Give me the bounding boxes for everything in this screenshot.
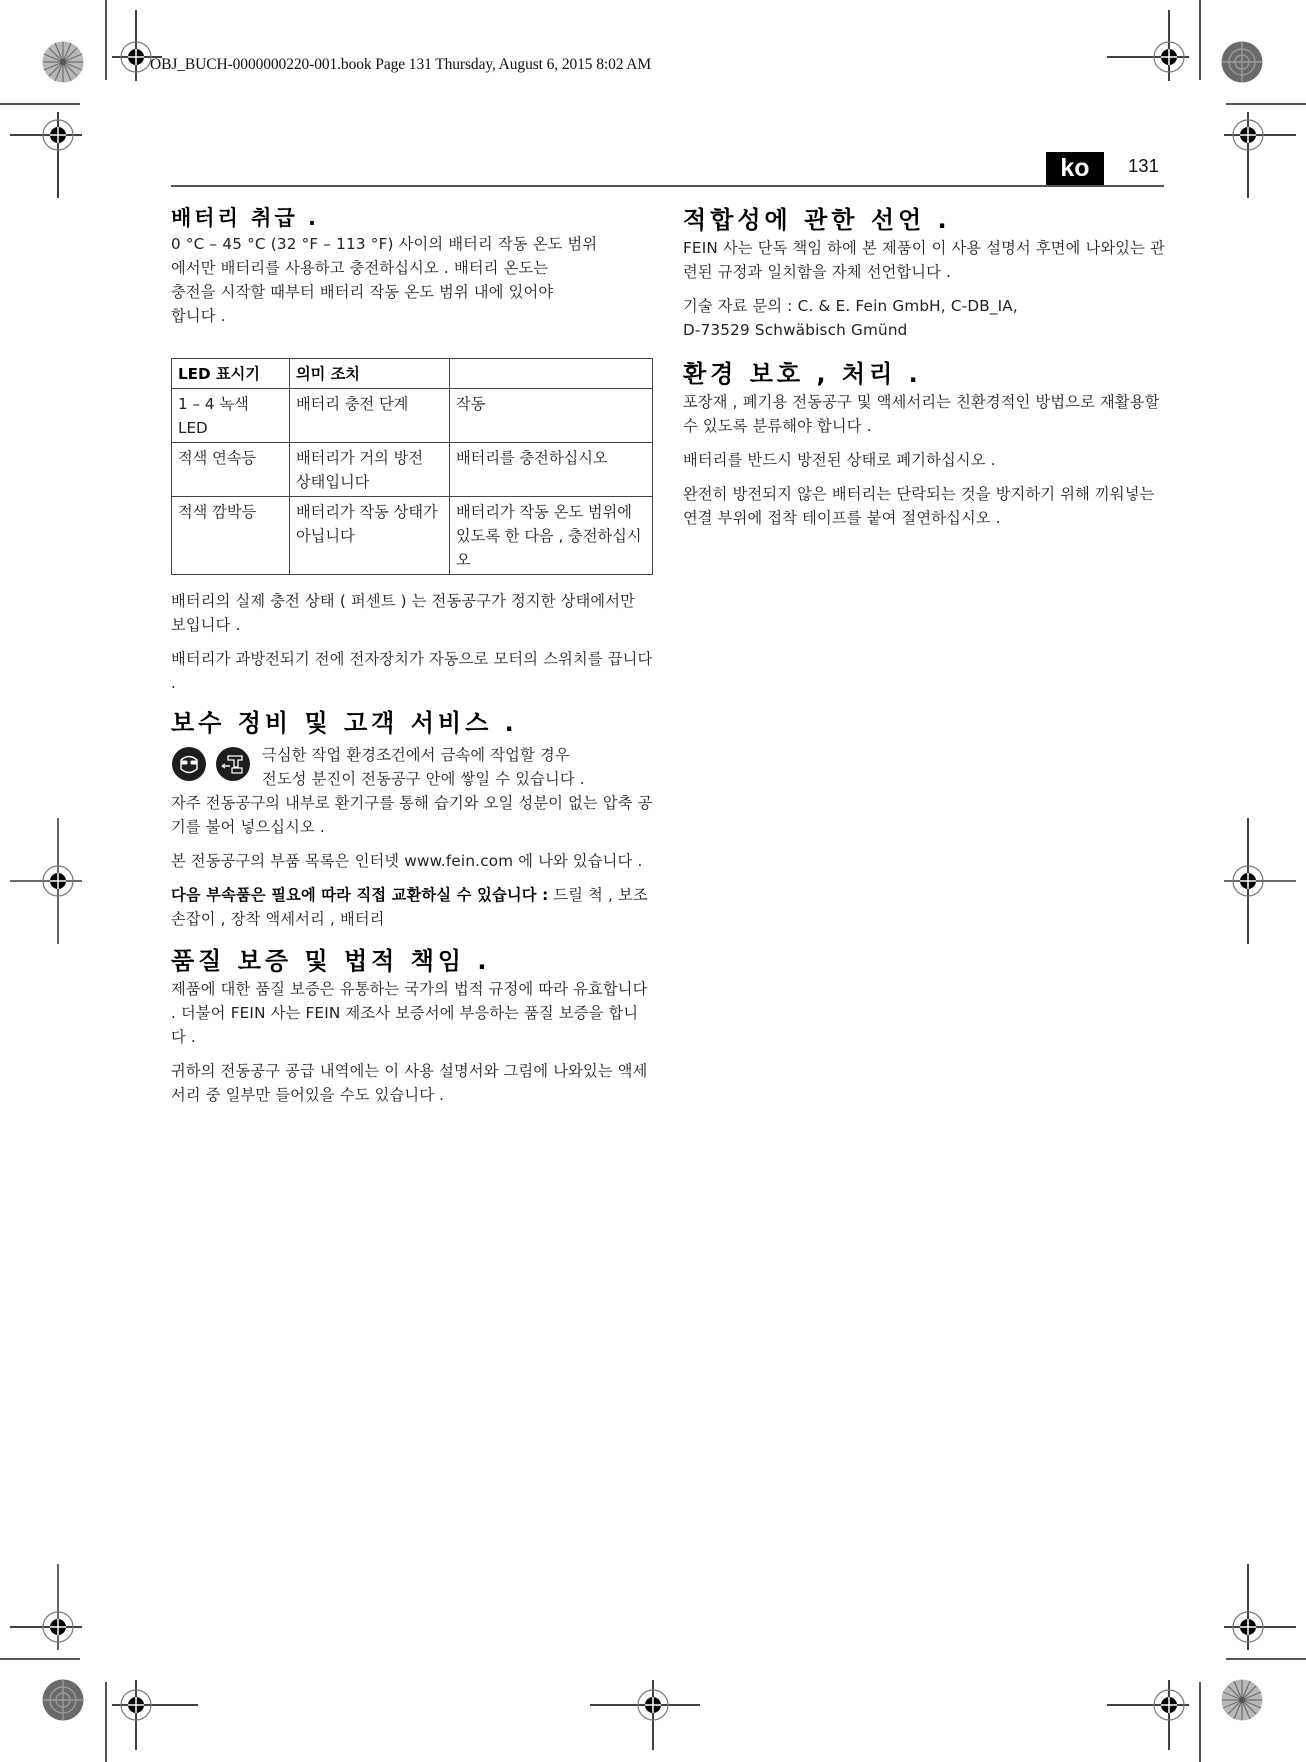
running-header: OBJ_BUCH-0000000220-001.book Page 131 Th… bbox=[150, 56, 651, 74]
dust-extraction-tool-icon bbox=[216, 747, 250, 781]
left-column: 배터리 취급 . 0 °C – 45 °C (32 °F – 113 °F) 사… bbox=[171, 204, 653, 1117]
cell-meaning: 배터리가 작동 상태가 아닙니다 bbox=[290, 497, 450, 575]
text-line: 극심한 작업 환경조건에서 금속에 작업할 경우 bbox=[262, 746, 570, 764]
maintenance-section: 보수 정비 및 고객 서비스 . 극심한 작업 환경조건에서 금속에 작업할 경… bbox=[171, 707, 653, 931]
warranty-section: 품질 보증 및 법적 책임 . 제품에 대한 품질 보증은 유통하는 국가의 법… bbox=[171, 945, 653, 1107]
column-header-action bbox=[450, 359, 653, 389]
text-line: 충전을 시작할 때부터 배터리 작동 온도 범위 내에 있어야 bbox=[171, 283, 553, 301]
crop-mark-line bbox=[105, 0, 107, 80]
table-row: 적색 연속등 배터리가 거의 방전 상태입니다 배터리를 충전하십시오 bbox=[172, 443, 653, 497]
battery-handling-section: 배터리 취급 . 0 °C – 45 °C (32 °F – 113 °F) 사… bbox=[171, 204, 653, 328]
battery-handling-text: 0 °C – 45 °C (32 °F – 113 °F) 사이의 배터리 작동… bbox=[171, 232, 653, 328]
registration-target-icon bbox=[112, 1680, 198, 1752]
registration-target-icon bbox=[10, 1564, 82, 1650]
sunburst-mark-icon bbox=[1221, 1679, 1263, 1721]
header-rule bbox=[171, 185, 1164, 187]
cell-meaning: 배터리 충전 단계 bbox=[290, 389, 450, 443]
text-line: 0 °C – 45 °C (32 °F – 113 °F) 사이의 배터리 작동… bbox=[171, 235, 597, 253]
crop-mark-line bbox=[1226, 1658, 1306, 1660]
sunburst-mark-icon bbox=[42, 1679, 84, 1721]
sunburst-mark-icon bbox=[42, 41, 84, 83]
crop-mark-line bbox=[1199, 1682, 1201, 1762]
crop-mark-line bbox=[0, 103, 80, 105]
registration-target-icon bbox=[10, 818, 82, 946]
section-heading: 보수 정비 및 고객 서비스 . bbox=[171, 707, 653, 739]
table-row: 1 – 4 녹색 LED 배터리 충전 단계 작동 bbox=[172, 389, 653, 443]
cell-indicator: 적색 깜박등 bbox=[172, 497, 290, 575]
registration-target-icon bbox=[1224, 1564, 1296, 1650]
sunburst-mark-icon bbox=[1221, 41, 1263, 83]
cell-action: 배터리를 충전하십시오 bbox=[450, 443, 653, 497]
registration-target-icon bbox=[10, 112, 82, 200]
text-line: 에서만 배터리를 사용하고 충전하십시오 . 배터리 온도는 bbox=[171, 259, 548, 277]
cell-action: 작동 bbox=[450, 389, 653, 443]
environment-section: 환경 보호 , 처리 . 포장재 , 폐기용 전동공구 및 액세서리는 친환경적… bbox=[683, 358, 1165, 530]
cell-indicator: 적색 연속등 bbox=[172, 443, 290, 497]
eye-protection-icon bbox=[172, 747, 206, 781]
page-number: 131 bbox=[1128, 155, 1159, 177]
registration-target-icon bbox=[1224, 818, 1296, 946]
text-line: D-73529 Schwäbisch Gmünd bbox=[683, 321, 908, 339]
parts-list-note: 본 전동공구의 부품 목록은 인터넷 www.fein.com 에 나와 있습니… bbox=[171, 849, 653, 873]
led-indicator-table: LED 표시기 의미 조치 1 – 4 녹색 LED 배터리 충전 단계 작동 … bbox=[171, 358, 653, 575]
section-heading: 환경 보호 , 처리 . bbox=[683, 358, 1165, 390]
warranty-text: 제품에 대한 품질 보증은 유통하는 국가의 법적 규정에 따라 유효합니다 .… bbox=[171, 977, 653, 1049]
replaceable-parts: 다음 부속품은 필요에 따라 직접 교환하실 수 있습니다 : 드릴 척 , 보… bbox=[171, 883, 653, 931]
registration-target-icon bbox=[1107, 10, 1189, 82]
text-line: 합니다 . bbox=[171, 307, 226, 325]
cell-indicator: 1 – 4 녹색 LED bbox=[172, 389, 290, 443]
registration-target-icon bbox=[590, 1680, 700, 1752]
conformity-section: 적합성에 관한 선언 . FEIN 사는 단독 책임 하에 본 제품이 이 사용… bbox=[683, 204, 1165, 342]
battery-insulation-text: 완전히 방전되지 않은 배터리는 단락되는 것을 방지하기 위해 끼워넣는 연결… bbox=[683, 482, 1165, 530]
section-heading: 품질 보증 및 법적 책임 . bbox=[171, 945, 653, 977]
registration-target-icon bbox=[1224, 112, 1296, 200]
replaceable-parts-lead: 다음 부속품은 필요에 따라 직접 교환하실 수 있습니다 : bbox=[171, 886, 548, 904]
crop-mark-line bbox=[0, 1658, 80, 1660]
registration-target-icon bbox=[1107, 1680, 1189, 1752]
delivery-scope-note: 귀하의 전동공구 공급 내역에는 이 사용 설명서와 그림에 나와있는 액세서리… bbox=[171, 1059, 653, 1107]
table-header-row: LED 표시기 의미 조치 bbox=[172, 359, 653, 389]
section-heading: 배터리 취급 . bbox=[171, 204, 653, 232]
recycling-text: 포장재 , 폐기용 전동공구 및 액세서리는 친환경적인 방법으로 재활용할 수… bbox=[683, 390, 1165, 438]
language-tab: ko bbox=[1046, 152, 1104, 186]
battery-disposal-text: 배터리를 반드시 방전된 상태로 폐기하십시오 . bbox=[683, 448, 1165, 472]
maintenance-instructions: 자주 전동공구의 내부로 환기구를 통해 습기와 오일 성분이 없는 압축 공기… bbox=[171, 791, 653, 839]
charge-state-note: 배터리의 실제 충전 상태 ( 퍼센트 ) 는 전동공구가 정지한 상태에서만 … bbox=[171, 589, 653, 637]
crop-mark-line bbox=[105, 1682, 107, 1762]
maintenance-warning: 극심한 작업 환경조건에서 금속에 작업할 경우 전도성 분진이 전동공구 안에… bbox=[171, 743, 653, 791]
crop-mark-line bbox=[1199, 0, 1201, 80]
section-heading: 적합성에 관한 선언 . bbox=[683, 204, 1165, 236]
text-line: 전도성 분진이 전동공구 안에 쌓일 수 있습니다 . bbox=[262, 770, 585, 788]
text-line: 기술 자료 문의 : C. & E. Fein GmbH, C-DB_IA, bbox=[683, 297, 1018, 315]
crop-mark-line bbox=[1226, 103, 1306, 105]
technical-docs-contact: 기술 자료 문의 : C. & E. Fein GmbH, C-DB_IA, D… bbox=[683, 294, 1165, 342]
conformity-text: FEIN 사는 단독 책임 하에 본 제품이 이 사용 설명서 후면에 나와있는… bbox=[683, 236, 1165, 284]
column-header-meaning: 의미 조치 bbox=[290, 359, 450, 389]
column-header-led: LED 표시기 bbox=[172, 359, 290, 389]
cell-meaning: 배터리가 거의 방전 상태입니다 bbox=[290, 443, 450, 497]
cell-action: 배터리가 작동 온도 범위에 있도록 한 다음 , 충전하십시오 bbox=[450, 497, 653, 575]
table-row: 적색 깜박등 배터리가 작동 상태가 아닙니다 배터리가 작동 온도 범위에 있… bbox=[172, 497, 653, 575]
deep-discharge-note: 배터리가 과방전되기 전에 전자장치가 자동으로 모터의 스위치를 끕니다 . bbox=[171, 647, 653, 695]
right-column: 적합성에 관한 선언 . FEIN 사는 단독 책임 하에 본 제품이 이 사용… bbox=[683, 204, 1165, 540]
